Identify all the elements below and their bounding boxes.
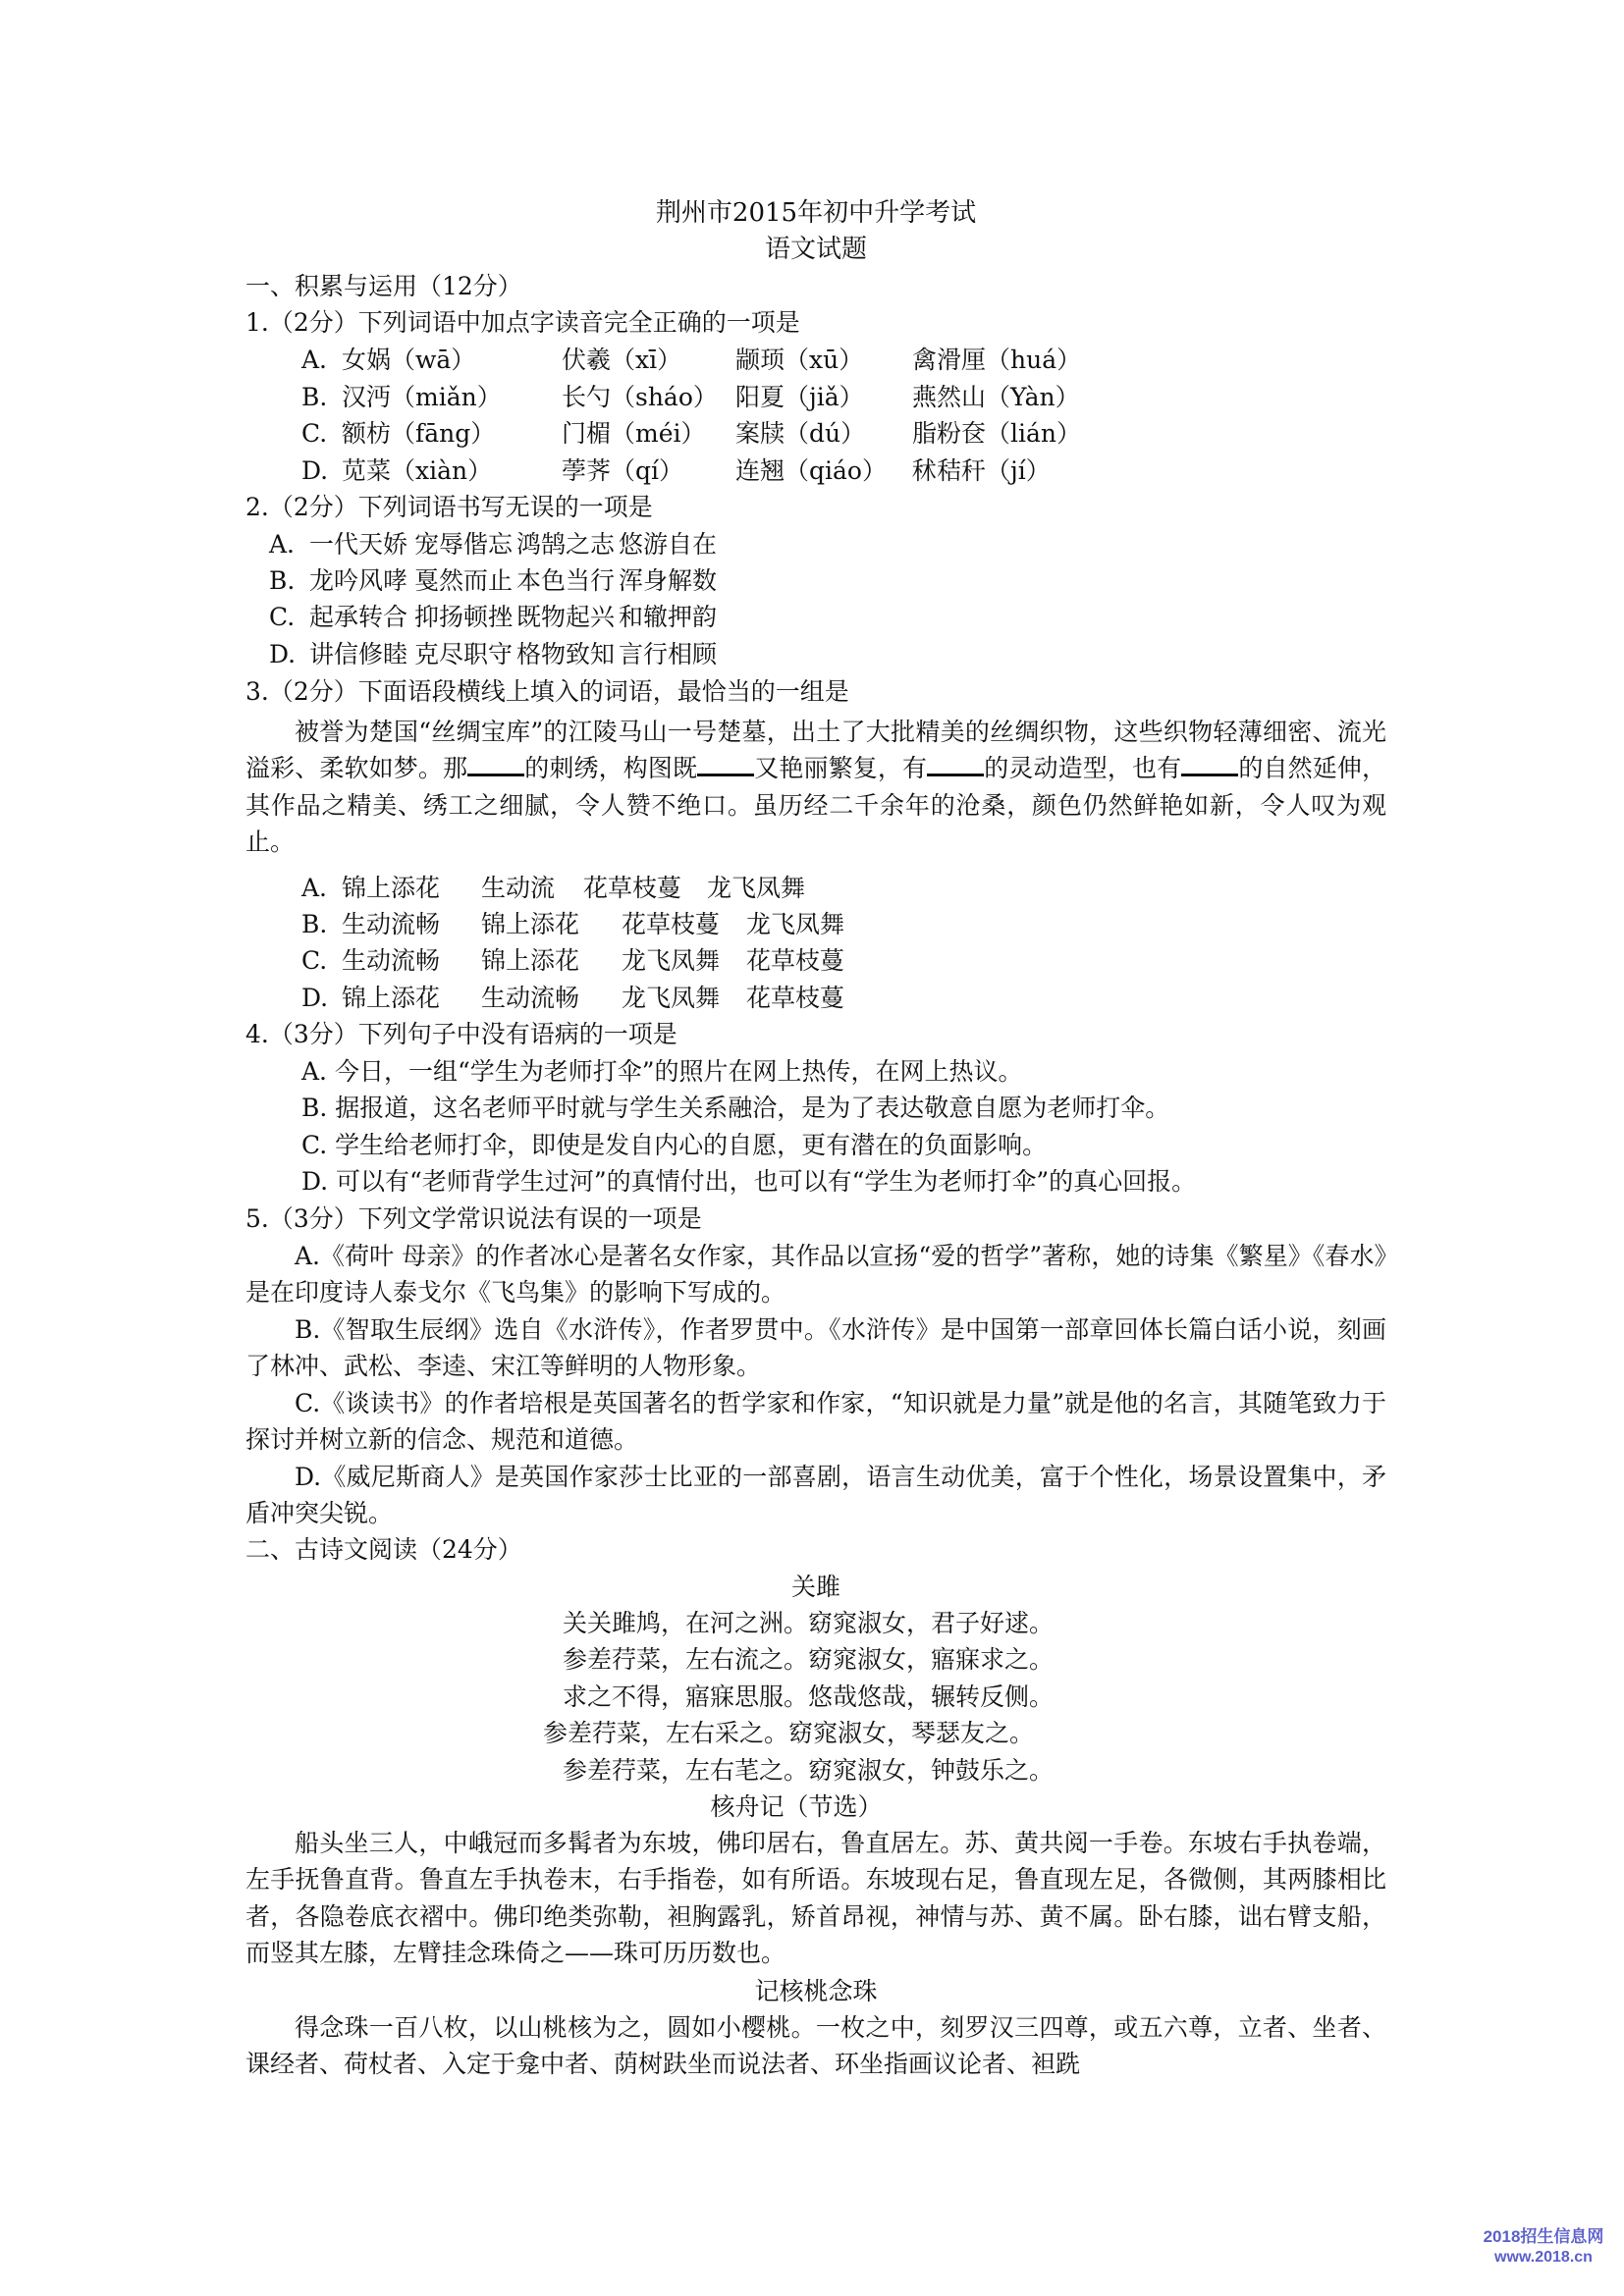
q3-option-a: A. 锦上添花 生动流 花草枝蔓 龙飞凤舞 (301, 872, 1381, 905)
option-label: D. (301, 454, 328, 488)
q4-option-c: C. 学生给老师打伞，即使是发自内心的自愿，更有潜在的负面影响。 (301, 1129, 1047, 1162)
option-item: 秫秸秆（jí） (912, 454, 1051, 488)
option-item: 苋菜（xiàn） (342, 454, 492, 488)
poem-line: 参差荇菜，左右采之。窈窕淑女，琴瑟友之。 (218, 1717, 1359, 1750)
q5-option-c: C.《谈读书》的作者培根是英国著名的哲学家和作家，“知识就是力量”就是他的名言，… (245, 1385, 1386, 1459)
option-item: 起承转合 (309, 601, 407, 634)
option-item: 宠辱偕忘 (414, 528, 513, 561)
option-item: 荸荠（qí） (562, 454, 683, 488)
option-item: 抑扬顿挫 (414, 601, 513, 634)
passage-text: 的刺绣，构图既 (524, 754, 697, 782)
option-item: 讲信修睦 (309, 638, 407, 671)
option-item: 生动流 (481, 872, 555, 905)
option-item: 龙飞凤舞 (746, 908, 844, 941)
option-item: 锦上添花 (342, 872, 440, 905)
option-label: B. (301, 908, 327, 941)
option-label: A. (269, 528, 295, 561)
q3-option-c: C. 生动流畅 锦上添花 龙飞凤舞 花草枝蔓 (301, 944, 1381, 978)
option-item: 一代天娇 (309, 528, 407, 561)
option-item: 长勺（sháo） (562, 381, 718, 414)
q2-option-a: A. 一代天娇 宠辱偕忘 鸿鹄之志 悠游自在 (269, 528, 1349, 561)
option-item: 格物致知 (516, 638, 615, 671)
option-item: 浑身解数 (619, 564, 717, 598)
option-label: D. (269, 638, 296, 671)
option-item: 花草枝蔓 (746, 944, 844, 978)
option-item: 悠游自在 (619, 528, 717, 561)
q2-option-b: B. 龙吟风哮 戛然而止 本色当行 浑身解数 (269, 564, 1349, 598)
option-item: 龙吟风哮 (309, 564, 407, 598)
option-item: 额枋（fāng） (342, 417, 495, 451)
passage-text: 的灵动造型，也有 (984, 754, 1181, 782)
poem-line: 求之不得，寤寐思服。悠哉悠哉，辗转反侧。 (238, 1681, 1379, 1714)
option-item: 阳夏（jiǎ） (735, 381, 864, 414)
q1-option-b: B. 汉沔（miǎn） 长勺（sháo） 阳夏（jiǎ） 燕然山（Yàn） (301, 381, 1381, 414)
option-item: 生动流畅 (481, 982, 579, 1015)
option-label: C. (301, 417, 327, 451)
passage-text: 又艳丽繁复，有 (754, 754, 927, 782)
prose2-text: 得念珠一百八枚，以山桃核为之，圆如小樱桃。一枚之中，刻罗汉三四尊，或五六尊，立者… (245, 2009, 1386, 2083)
option-item: 龙飞凤舞 (622, 982, 720, 1015)
q1-stem: 1.（2分）下列词语中加点字读音完全正确的一项是 (245, 306, 800, 340)
option-item: 花草枝蔓 (583, 872, 681, 905)
option-label: A. (301, 872, 327, 905)
section-2-heading: 二、古诗文阅读（24分） (245, 1533, 522, 1567)
fill-blank-1[interactable] (467, 752, 524, 776)
option-item: 龙飞凤舞 (707, 872, 805, 905)
poem-line: 参差荇菜，左右流之。窈窕淑女，寤寐求之。 (238, 1643, 1379, 1677)
option-item: 生动流畅 (342, 944, 440, 978)
poem-title: 关雎 (245, 1571, 1386, 1604)
q3-option-b: B. 生动流畅 锦上添花 花草枝蔓 龙飞凤舞 (301, 908, 1381, 941)
option-item: 鸿鹄之志 (516, 528, 615, 561)
watermark-site-name: 2018招生信息网 (1470, 2226, 1617, 2248)
q5-option-d: D.《威尼斯商人》是英国作家莎士比亚的一部喜剧，语言生动优美，富于个性化，场景设… (245, 1459, 1386, 1532)
q5-stem: 5.（3分）下列文学常识说法有误的一项是 (245, 1202, 702, 1236)
option-item: 本色当行 (516, 564, 615, 598)
prose1-text: 船头坐三人，中峨冠而多髯者为东坡，佛印居右，鲁直居左。苏、黄共阅一手卷。东坡右手… (245, 1825, 1386, 1972)
q3-passage: 被誉为楚国“丝绸宝库”的江陵马山一号楚墓，出土了大批精美的丝绸织物，这些织物轻薄… (245, 714, 1386, 861)
fill-blank-3[interactable] (927, 752, 984, 776)
poem-line: 关关雎鸠，在河之洲。窈窕淑女，君子好逑。 (238, 1607, 1379, 1640)
watermark-url: www.2018.cn (1470, 2248, 1617, 2268)
option-item: 禽滑厘（huá） (912, 344, 1081, 377)
poem-line: 参差荇菜，左右芼之。窈窕淑女，钟鼓乐之。 (238, 1754, 1379, 1788)
q5-option-b: B.《智取生辰纲》选自《水浒传》，作者罗贯中。《水浒传》是中国第一部章回体长篇白… (245, 1311, 1386, 1385)
option-item: 和辙押韵 (619, 601, 717, 634)
fill-blank-4[interactable] (1181, 752, 1238, 776)
q4-option-d: D. 可以有“老师背学生过河”的真情付出，也可以有“学生为老师打伞”的真心回报。 (301, 1165, 1196, 1199)
option-item: 戛然而止 (414, 564, 513, 598)
option-item: 言行相顾 (619, 638, 717, 671)
option-item: 龙飞凤舞 (622, 944, 720, 978)
q3-option-d: D. 锦上添花 生动流畅 龙飞凤舞 花草枝蔓 (301, 982, 1381, 1015)
option-item: 女娲（wā） (342, 344, 475, 377)
q5-option-a: A.《荷叶 母亲》的作者冰心是著名女作家，其作品以宣扬“爱的哲学”著称，她的诗集… (245, 1238, 1386, 1311)
prose1-title: 核舟记（节选） (226, 1790, 1367, 1824)
q1-option-d: D. 苋菜（xiàn） 荸荠（qí） 连翘（qiáo） 秫秸秆（jí） (301, 454, 1381, 488)
option-item: 案牍（dú） (735, 417, 865, 451)
option-label: D. (301, 982, 328, 1015)
q3-stem: 3.（2分）下面语段横线上填入的词语，最恰当的一组是 (245, 675, 849, 709)
option-label: C. (301, 944, 327, 978)
exam-title: 荆州市2015年初中升学考试 (245, 196, 1386, 230)
q4-option-a: A. 今日，一组“学生为老师打伞”的照片在网上热传，在网上热议。 (301, 1055, 1023, 1089)
option-item: 锦上添花 (481, 908, 579, 941)
fill-blank-2[interactable] (697, 752, 754, 776)
exam-subtitle: 语文试题 (245, 233, 1386, 266)
option-label: B. (269, 564, 295, 598)
q4-option-b: B. 据报道，这名老师平时就与学生关系融洽，是为了表达敬意自愿为老师打伞。 (301, 1092, 1169, 1125)
option-item: 锦上添花 (481, 944, 579, 978)
option-label: B. (301, 381, 327, 414)
option-item: 生动流畅 (342, 908, 440, 941)
q4-stem: 4.（3分）下列句子中没有语病的一项是 (245, 1018, 677, 1051)
option-item: 克尽职守 (414, 638, 513, 671)
option-label: A. (301, 344, 327, 377)
section-1-heading: 一、积累与运用（12分） (245, 270, 522, 303)
option-item: 锦上添花 (342, 982, 440, 1015)
q2-option-d: D. 讲信修睦 克尽职守 格物致知 言行相顾 (269, 638, 1349, 671)
option-item: 门楣（méi） (562, 417, 706, 451)
q2-stem: 2.（2分）下列词语书写无误的一项是 (245, 491, 653, 524)
option-item: 既物起兴 (516, 601, 615, 634)
option-label: C. (269, 601, 295, 634)
option-item: 花草枝蔓 (622, 908, 720, 941)
prose2-title: 记核桃念珠 (245, 1975, 1386, 2008)
option-item: 脂粉奁（lián） (912, 417, 1081, 451)
q1-option-a: A. 女娲（wā） 伏羲（xī） 颛顼（xū） 禽滑厘（huá） (301, 344, 1381, 377)
option-item: 伏羲（xī） (562, 344, 681, 377)
option-item: 花草枝蔓 (746, 982, 844, 1015)
q1-option-c: C. 额枋（fāng） 门楣（méi） 案牍（dú） 脂粉奁（lián） (301, 417, 1381, 451)
site-watermark: 2018招生信息网 www.2018.cn (1470, 2226, 1617, 2268)
option-item: 汉沔（miǎn） (342, 381, 502, 414)
option-item: 颛顼（xū） (735, 344, 863, 377)
q2-option-c: C. 起承转合 抑扬顿挫 既物起兴 和辙押韵 (269, 601, 1349, 634)
option-item: 燕然山（Yàn） (912, 381, 1080, 414)
option-item: 连翘（qiáo） (735, 454, 887, 488)
